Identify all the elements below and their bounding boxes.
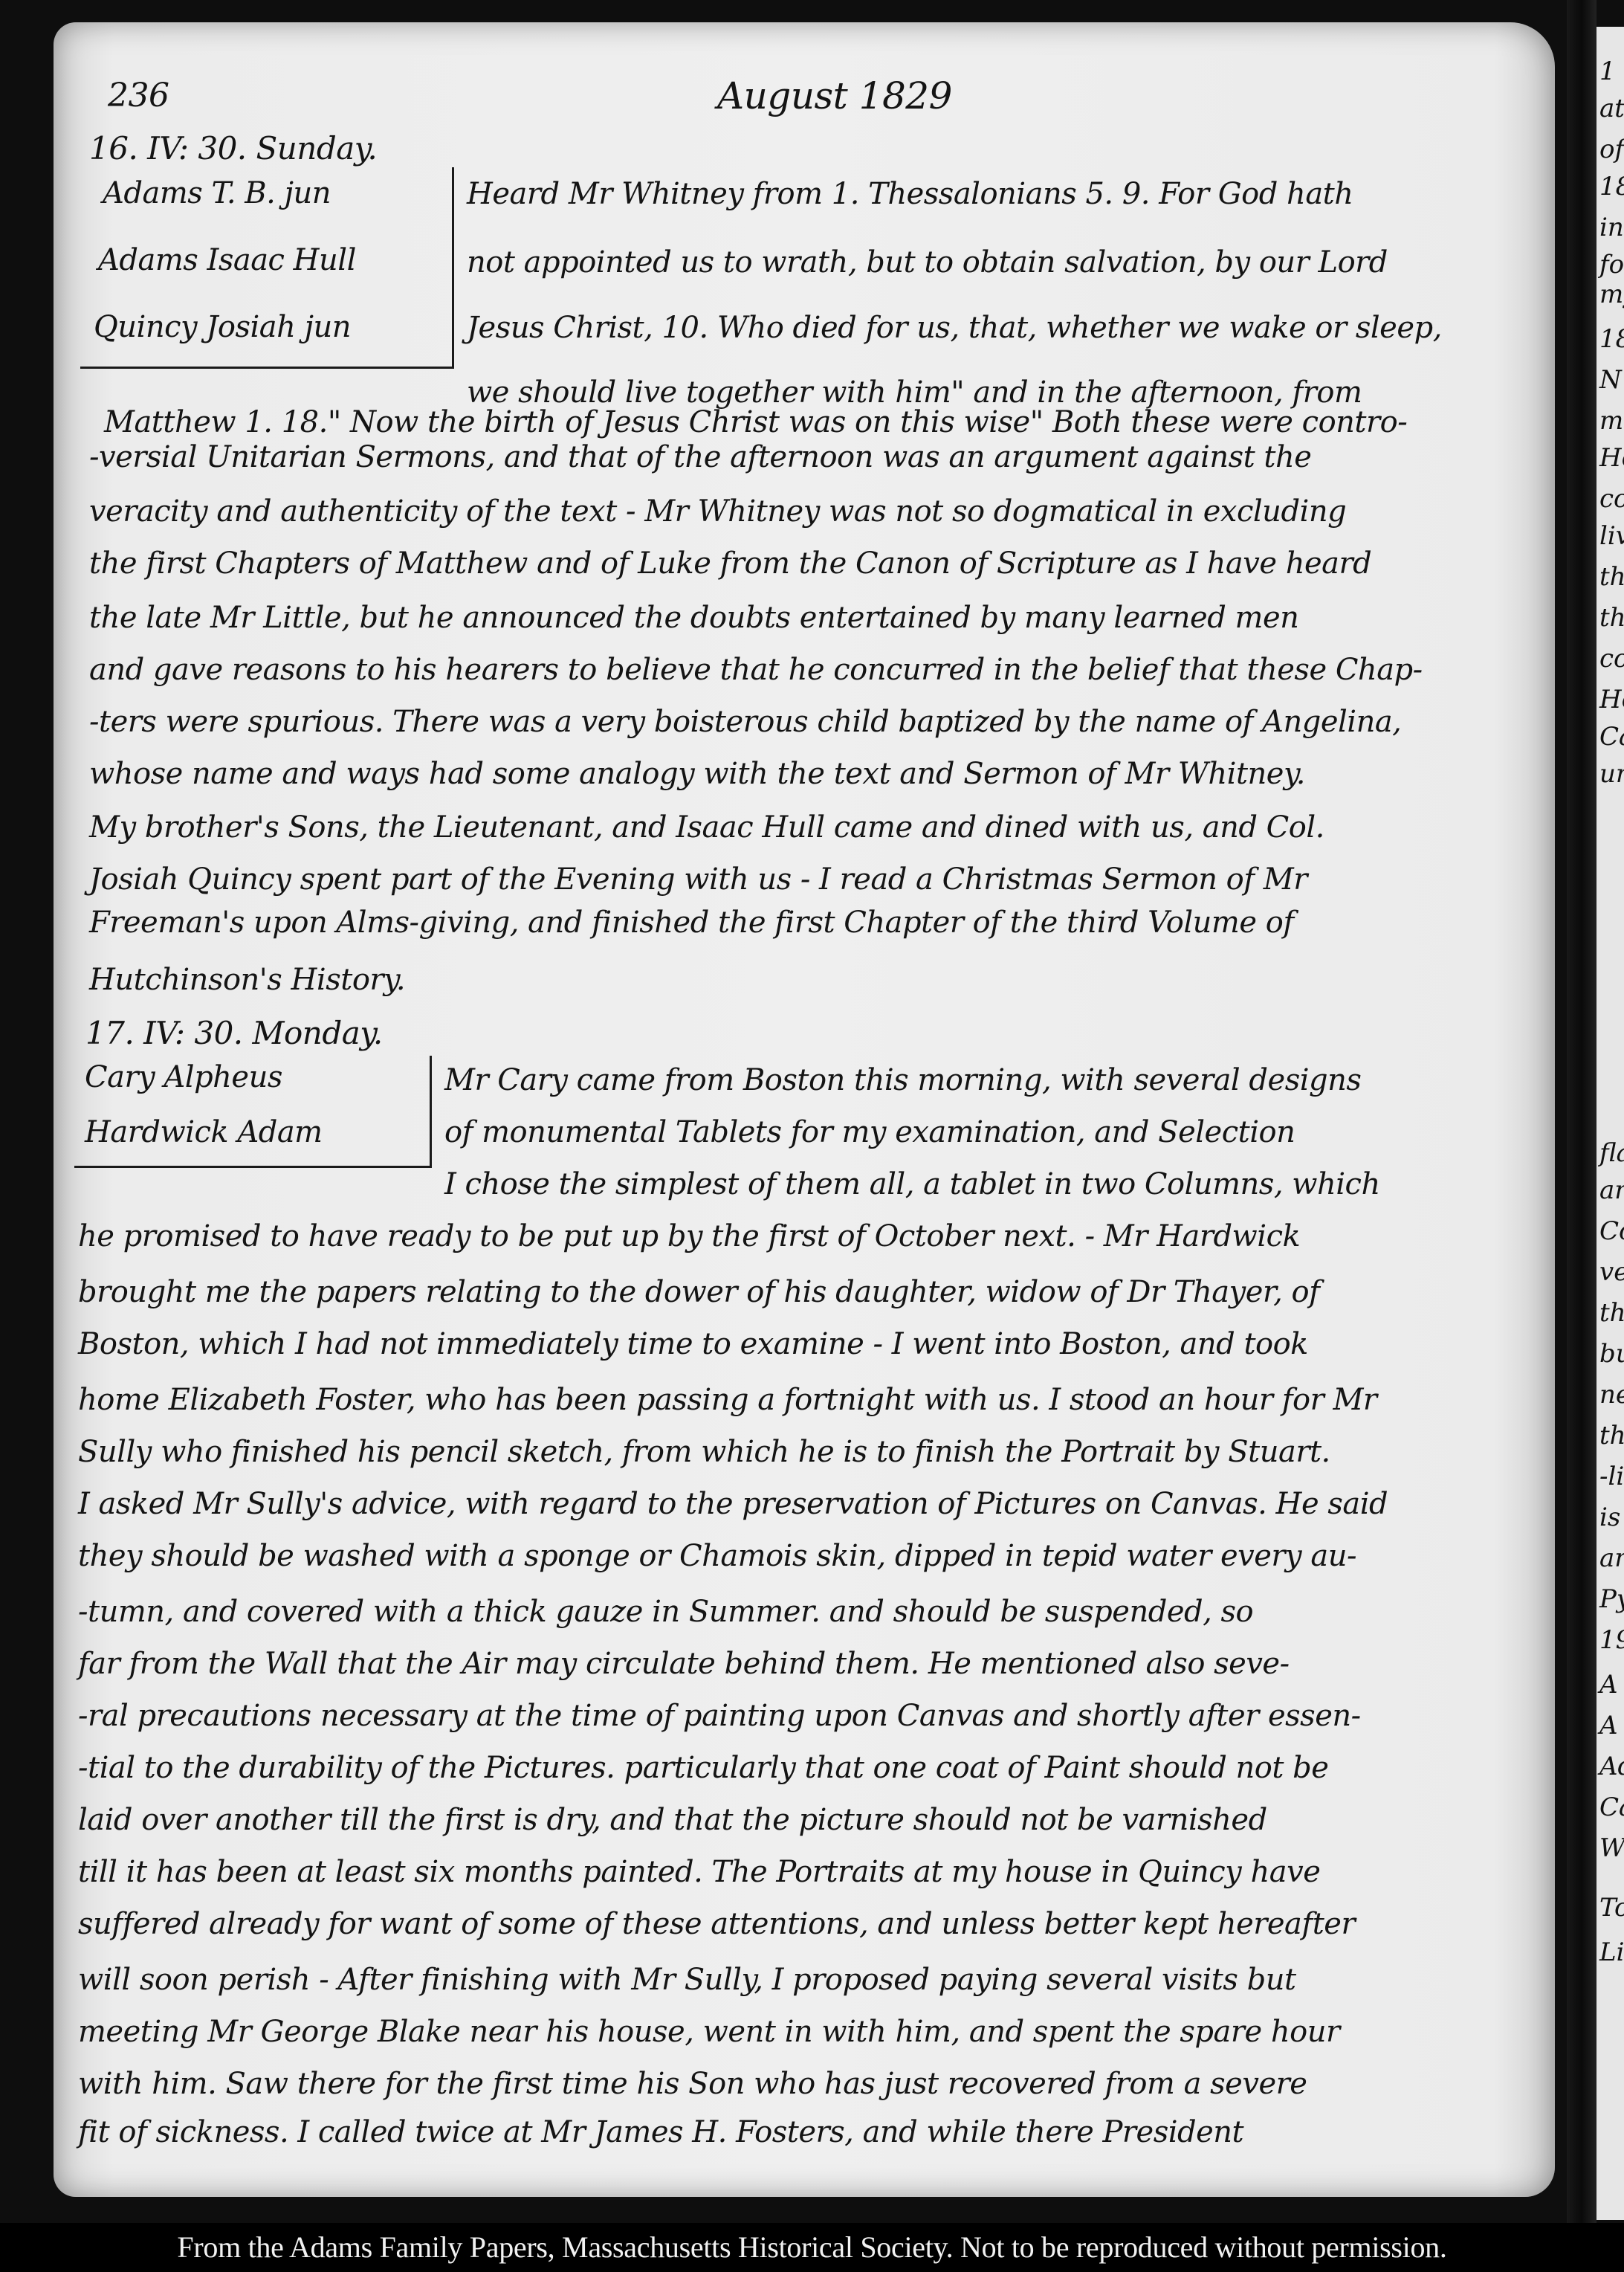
adjacent-fragment: Ca <box>1599 722 1624 752</box>
text-line: fit of sickness. I called twice at Mr Ja… <box>78 2115 1243 2149</box>
adjacent-fragment: the <box>1599 1298 1624 1328</box>
adjacent-fragment: W <box>1599 1833 1624 1863</box>
margin-name-index: Cary Alpheus Hardwick Adam <box>74 1056 432 1168</box>
adjacent-fragment: He <box>1599 685 1624 714</box>
text-line: -ral precautions necessary at the time o… <box>78 1699 1361 1733</box>
text-line: till it has been at least six months pai… <box>78 1855 1320 1889</box>
text-line: veracity and authenticity of the text - … <box>89 494 1346 529</box>
text-line: Freeman's upon Alms-giving, and finished… <box>89 906 1294 940</box>
running-head: August 1829 <box>717 74 952 117</box>
adjacent-fragment: 19. <box>1599 1625 1624 1655</box>
adjacent-fragment: Co <box>1599 1216 1624 1246</box>
adjacent-fragment: He <box>1599 443 1624 473</box>
adjacent-fragment: co <box>1599 484 1624 514</box>
margin-name-index: Adams T. B. jun Adams Isaac Hull Quincy … <box>80 167 454 369</box>
adjacent-fragment: Py <box>1599 1584 1624 1614</box>
page-number: 236 <box>108 77 169 114</box>
text-line: Jesus Christ, 10. Who died for us, that,… <box>467 311 1442 345</box>
text-line: they should be washed with a sponge or C… <box>78 1539 1356 1573</box>
text-line: -tial to the durability of the Pictures.… <box>78 1751 1328 1785</box>
scanned-manuscript: 236 August 1829 16. IV: 30. Sunday. Adam… <box>0 0 1624 2223</box>
text-line: Mr Cary came from Boston this morning, w… <box>444 1063 1361 1097</box>
adjacent-fragment: my <box>1599 280 1624 309</box>
text-line: brought me the papers relating to the do… <box>78 1275 1319 1309</box>
text-line: meeting Mr George Blake near his house, … <box>78 2015 1340 2049</box>
adjacent-fragment: fo <box>1599 250 1624 280</box>
adjacent-page-edge: 1 at of 18 in fo my 18 N m He co liv the… <box>1596 27 1624 2220</box>
text-line: Hutchinson's History. <box>89 963 405 997</box>
adjacent-fragment: To <box>1599 1893 1624 1923</box>
adjacent-fragment: Ca <box>1599 1792 1624 1822</box>
adjacent-fragment: fla <box>1599 1138 1624 1168</box>
text-line: Sully who finished his pencil sketch, fr… <box>78 1435 1330 1469</box>
adjacent-fragment: 1 <box>1599 57 1616 86</box>
adjacent-fragment: bu <box>1599 1339 1624 1369</box>
adjacent-fragment: m <box>1599 406 1623 436</box>
entry-date-heading: 17. IV: 30. Monday. <box>85 1015 383 1051</box>
text-line: whose name and ways had some analogy wit… <box>89 757 1305 791</box>
text-line: the first Chapters of Matthew and of Luk… <box>89 546 1371 581</box>
text-line: and gave reasons to his hearers to belie… <box>89 653 1423 687</box>
adjacent-fragment: in <box>1599 213 1624 242</box>
text-line: Matthew 1. 18." Now the birth of Jesus C… <box>104 405 1407 439</box>
adjacent-fragment: A <box>1599 1670 1618 1700</box>
margin-name: Quincy Josiah jun <box>94 310 351 344</box>
margin-name: Hardwick Adam <box>85 1115 323 1149</box>
text-line: far from the Wall that the Air may circu… <box>78 1647 1290 1681</box>
margin-name: Adams T. B. jun <box>103 176 331 210</box>
adjacent-fragment: 18 <box>1599 324 1624 354</box>
text-line: with him. Saw there for the first time h… <box>78 2067 1307 2101</box>
adjacent-fragment: of <box>1599 135 1624 164</box>
adjacent-fragment: un <box>1599 759 1624 789</box>
text-line: home Elizabeth Foster, who has been pass… <box>78 1383 1377 1417</box>
adjacent-fragment: ar <box>1599 1543 1624 1573</box>
adjacent-fragment: co <box>1599 644 1624 674</box>
adjacent-fragment: at <box>1599 94 1624 123</box>
adjacent-fragment: the <box>1599 562 1624 592</box>
text-line: -tumn, and covered with a thick gauze in… <box>78 1595 1253 1629</box>
adjacent-fragment: Ad <box>1599 1752 1624 1781</box>
entry-date-heading: 16. IV: 30. Sunday. <box>89 130 377 167</box>
adjacent-fragment: Lis <box>1599 1937 1624 1967</box>
adjacent-fragment: 18 <box>1599 172 1624 201</box>
text-line: suffered already for want of some of the… <box>78 1907 1355 1941</box>
adjacent-fragment: liv <box>1599 521 1624 551</box>
adjacent-fragment: -lis <box>1599 1462 1624 1491</box>
text-line: I asked Mr Sully's advice, with regard t… <box>78 1487 1388 1521</box>
adjacent-fragment: the <box>1599 603 1624 633</box>
adjacent-fragment: A <box>1599 1711 1618 1740</box>
text-line: will soon perish - After finishing with … <box>78 1963 1296 1997</box>
adjacent-fragment: the <box>1599 1421 1624 1450</box>
text-line: Boston, which I had not immediately time… <box>78 1327 1308 1361</box>
text-line: Josiah Quincy spent part of the Evening … <box>89 862 1307 897</box>
adjacent-fragment: ve <box>1599 1257 1624 1287</box>
text-line: not appointed us to wrath, but to obtain… <box>467 245 1388 280</box>
text-line: laid over another till the first is dry,… <box>78 1803 1267 1837</box>
text-line: My brother's Sons, the Lieutenant, and I… <box>89 810 1324 845</box>
text-line: -versial Unitarian Sermons, and that of … <box>89 440 1311 474</box>
copyright-footer: From the Adams Family Papers, Massachuse… <box>0 2223 1624 2272</box>
text-line: -ters were spurious. There was a very bo… <box>89 705 1401 739</box>
margin-name: Cary Alpheus <box>85 1060 282 1094</box>
adjacent-fragment: an <box>1599 1175 1624 1205</box>
text-line: Heard Mr Whitney from 1. Thessalonians 5… <box>467 177 1353 211</box>
book-gutter <box>1567 0 1596 2223</box>
text-line: of monumental Tablets for my examination… <box>444 1115 1295 1149</box>
adjacent-fragment: ne <box>1599 1380 1624 1410</box>
margin-name: Adams Isaac Hull <box>98 243 356 277</box>
text-line: the late Mr Little, but he announced the… <box>89 601 1298 635</box>
text-line: I chose the simplest of them all, a tabl… <box>444 1167 1380 1201</box>
adjacent-fragment: is a <box>1599 1503 1624 1532</box>
text-line: he promised to have ready to be put up b… <box>78 1219 1300 1253</box>
adjacent-fragment: N <box>1599 365 1622 395</box>
